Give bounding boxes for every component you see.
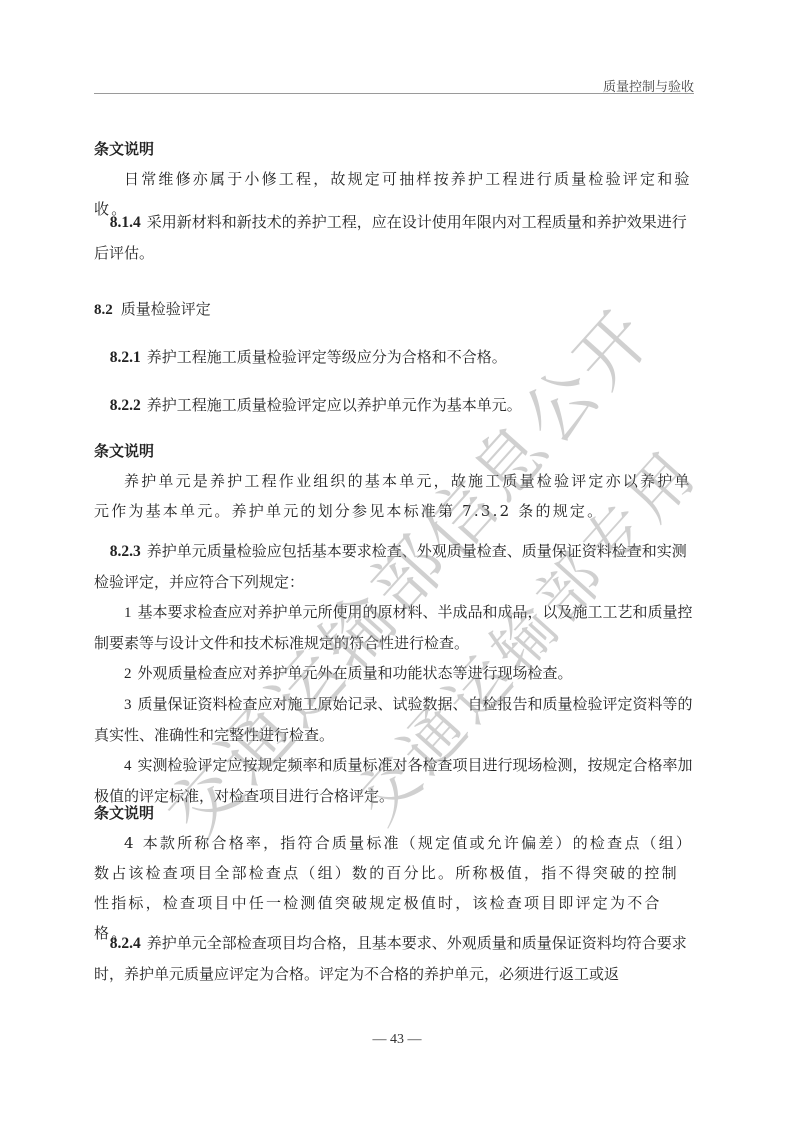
clause-number: 8.2.1 — [110, 349, 141, 366]
item-text: 基本要求检查应对养护单元所使用的原材料、半成品和成品，以及施工工艺和质量控制要素… — [94, 603, 693, 652]
item-number: 3 — [124, 697, 132, 713]
clause-note-3: 条文说明 4 本款所称合格率，指符合质量标准（规定值或允许偏差）的检查点（组）数… — [94, 798, 694, 948]
clause-number: 8.2.4 — [110, 935, 141, 952]
item-number: 4 — [124, 758, 132, 774]
note-heading: 条文说明 — [94, 134, 694, 164]
item-number: 1 — [124, 605, 132, 621]
clause-item-1: 1基本要求检查应对养护单元所使用的原材料、半成品和成品，以及施工工艺和质量控制要… — [94, 597, 694, 658]
clause-8-1-4: 8.1.4采用新材料和新技术的养护工程，应在设计使用年限内对工程质量和养护效果进… — [94, 207, 694, 268]
item-text: 外观质量检查应对养护单元外在质量和功能状态等进行现场检查。 — [138, 664, 573, 682]
clause-text: 采用新材料和新技术的养护工程，应在设计使用年限内对工程质量和养护效果进行后评估。 — [94, 213, 687, 262]
clause-number: 8.2.3 — [110, 543, 141, 560]
item-text: 质量保证资料检查应对施工原始记录、试验数据、自检报告和质量检验评定资料等的真实性… — [94, 695, 693, 744]
clause-text: 养护单元质量检验应包括基本要求检查、外观质量检查、质量保证资料检查和实测检验评定… — [94, 542, 687, 591]
header-rule — [94, 93, 694, 94]
page-number: — 43 — — [0, 1032, 794, 1048]
clause-intro: 8.2.3养护单元质量检验应包括基本要求检查、外观质量检查、质量保证资料检查和实… — [94, 536, 694, 597]
note-heading: 条文说明 — [94, 436, 694, 466]
section-title: 质量检验评定 — [121, 300, 211, 318]
section-number: 8.2 — [94, 302, 113, 318]
clause-8-2-4: 8.2.4养护单元全部检查项目均合格，且基本要求、外观质量和质量保证资料均符合要… — [94, 928, 694, 989]
section-heading-8-2: 8.2质量检验评定 — [94, 294, 694, 325]
clause-text: 养护工程施工质量检验评定应以养护单元作为基本单元。 — [147, 396, 522, 414]
clause-8-2-3: 8.2.3养护单元质量检验应包括基本要求检查、外观质量检查、质量保证资料检查和实… — [94, 536, 694, 811]
note-text: 养护单元是养护工程作业组织的基本单元，故施工质量检验评定亦以养护单元作为基本单元… — [94, 466, 694, 526]
clause-item-2: 2外观质量检查应对养护单元外在质量和功能状态等进行现场检查。 — [94, 658, 694, 689]
note-heading: 条文说明 — [94, 798, 694, 828]
clause-number: 8.2.2 — [110, 397, 141, 414]
item-number: 2 — [124, 666, 132, 682]
clause-8-2-2: 8.2.2养护工程施工质量检验评定应以养护单元作为基本单元。 — [94, 390, 694, 421]
clause-text: 养护工程施工质量检验评定等级应分为合格和不合格。 — [147, 348, 507, 366]
clause-text: 养护单元全部检查项目均合格，且基本要求、外观质量和质量保证资料均符合要求时，养护… — [94, 934, 687, 983]
clause-note-2: 条文说明 养护单元是养护工程作业组织的基本单元，故施工质量检验评定亦以养护单元作… — [94, 436, 694, 526]
clause-8-2-1: 8.2.1养护工程施工质量检验评定等级应分为合格和不合格。 — [94, 342, 694, 373]
clause-item-3: 3质量保证资料检查应对施工原始记录、试验数据、自检报告和质量检验评定资料等的真实… — [94, 689, 694, 750]
clause-number: 8.1.4 — [110, 214, 141, 231]
